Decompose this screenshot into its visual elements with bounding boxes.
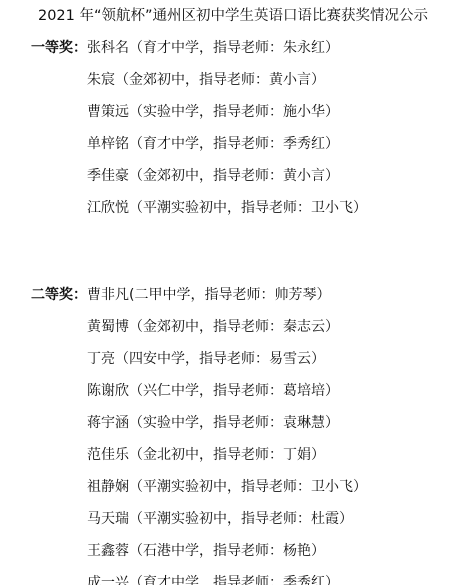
winner-entry: 张科名（育才中学，指导老师：朱永红）: [87, 38, 339, 58]
winner-entry: 范佳乐（金北初中，指导老师：丁娟）: [87, 445, 325, 465]
second-prize-label: 二等奖：: [31, 285, 87, 305]
winner-entry: 丁亮（四安中学，指导老师：易雪云）: [87, 349, 325, 369]
winner-entry: 蒋宇涵（实验中学，指导老师：袁琳慧）: [87, 413, 339, 433]
winner-entry: 单梓铭（育才中学，指导老师：季秀红）: [87, 134, 339, 154]
winner-entry: 季佳豪（金郊初中，指导老师：黄小言）: [87, 166, 339, 186]
winner-entry: 马天瑞（平潮实验初中，指导老师：杜霞）: [87, 509, 353, 529]
winner-entry: 江欣悦（平潮实验初中，指导老师：卫小飞）: [87, 198, 367, 218]
winner-entry: 成一兴（育才中学，指导老师：季秀红）: [87, 573, 339, 585]
winner-entry: 曹非凡(二甲中学，指导老师：帅芳琴）: [87, 285, 330, 305]
winner-entry: 黄蜀博（金郊初中，指导老师：秦志云）: [87, 317, 339, 337]
winner-entry: 朱宸（金郊初中，指导老师：黄小言）: [87, 70, 325, 90]
document-title: 2021 年“领航杯”通州区初中学生英语口语比赛获奖情况公示: [0, 6, 466, 26]
first-prize-label: 一等奖：: [31, 38, 87, 58]
winner-entry: 王鑫蓉（石港中学，指导老师：杨艳）: [87, 541, 325, 561]
winner-entry: 陈谢欣（兴仁中学，指导老师：葛培培）: [87, 381, 339, 401]
winner-entry: 祖静娴（平潮实验初中，指导老师：卫小飞）: [87, 477, 367, 497]
winner-entry: 曹策远（实验中学，指导老师：施小华）: [87, 102, 339, 122]
